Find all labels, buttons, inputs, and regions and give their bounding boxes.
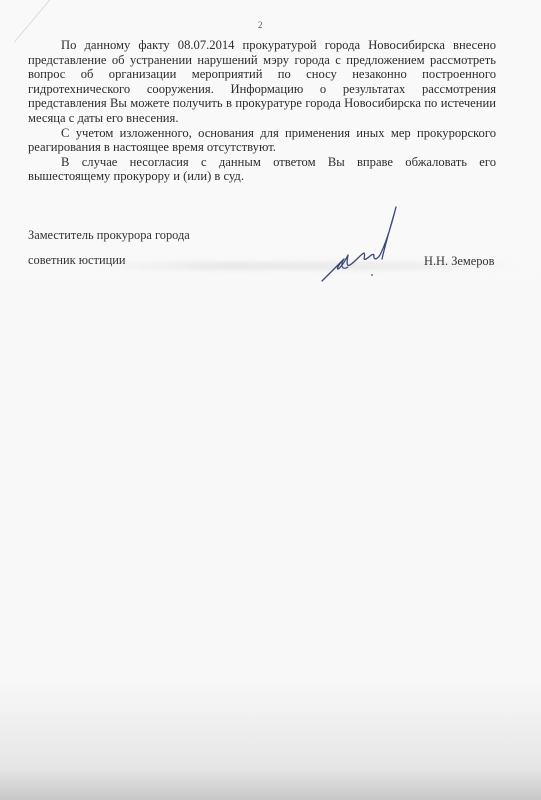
signatory-rank: советник юстиции bbox=[28, 253, 125, 268]
signatory-position: Заместитель прокурора города bbox=[28, 228, 190, 243]
signatory-name: Н.Н. Земеров bbox=[424, 254, 494, 269]
paragraph-3: В случае несогласия с данным ответом Вы … bbox=[28, 155, 496, 184]
letter-body: По данному факту 08.07.2014 прокуратурой… bbox=[28, 38, 496, 184]
page-number: 2 bbox=[258, 20, 263, 30]
paragraph-1: По данному факту 08.07.2014 прокуратурой… bbox=[28, 38, 496, 126]
document-page: 2 По данному факту 08.07.2014 прокуратур… bbox=[0, 0, 541, 800]
signature-icon bbox=[320, 203, 400, 283]
page-fold-mark bbox=[0, 0, 53, 43]
paragraph-2: С учетом изложенного, основания для прим… bbox=[28, 126, 496, 155]
